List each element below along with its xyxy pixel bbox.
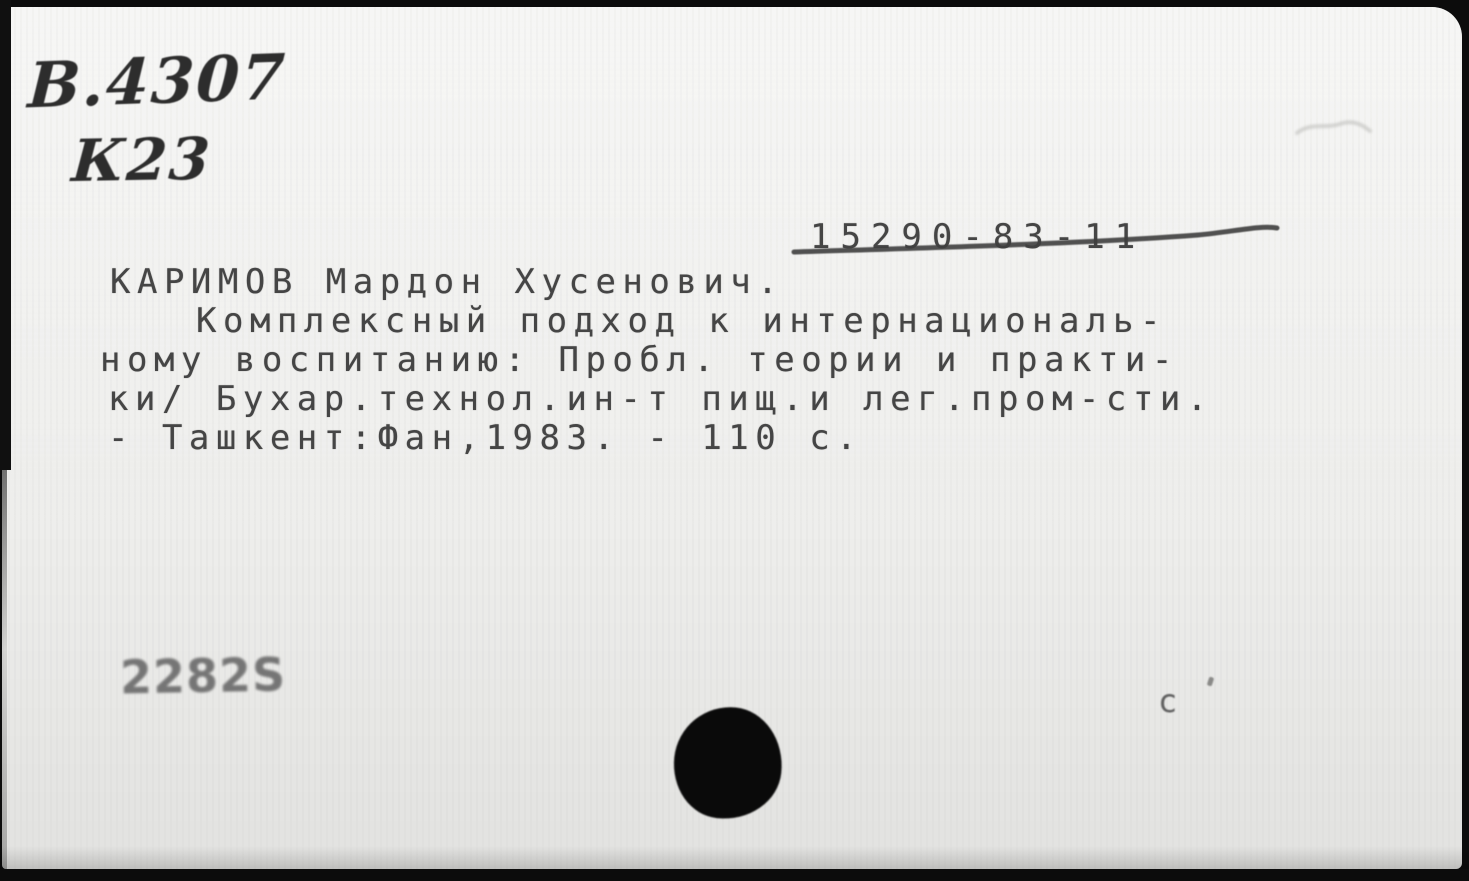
call-number-class: В.4307 [26,46,288,117]
bib-line-title-1: Комплексный подход к интернациональ- [196,304,1167,338]
bib-line-author: КАРИМОВ Мардон Хусенович. [110,265,784,299]
photo-edge-left-soft [0,470,7,869]
stray-ink-mark [1207,676,1215,686]
margin-letter: с [1158,685,1177,717]
accession-stamp: 2282S [120,652,287,701]
call-number-cutter: К23 [70,130,214,191]
photo-edge-left [0,0,11,470]
catalog-card-photo: В.4307 К23 15290-83-11 КАРИМОВ Мардон Ху… [0,0,1469,881]
bib-line-publisher-2: - Ташкент:Фан,1983. - 110 с. [108,421,863,455]
bib-line-publisher-1: ки/ Бухар.технол.ин-т пищ.и лег.пром-сти… [108,382,1214,416]
strikethrough-line [780,211,1300,271]
catalog-card: В.4307 К23 15290-83-11 КАРИМОВ Мардон Ху… [2,7,1462,869]
pencil-smudge [1294,113,1374,147]
photo-edge-bottom-shade [0,846,1469,869]
punch-hole [668,702,787,825]
bib-line-title-2: ному воспитанию: Пробл. теории и практи- [100,343,1179,377]
